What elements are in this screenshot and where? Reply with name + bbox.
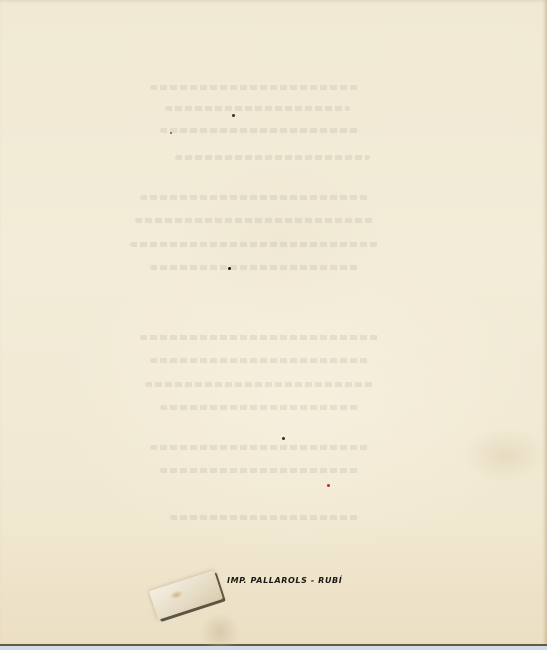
- bleed-through-line: [160, 468, 360, 473]
- bleed-through-line: [160, 128, 360, 133]
- bleed-through-line: [130, 242, 380, 247]
- paper-card: IMP. PALLAROLS - RUBÍ: [0, 0, 547, 646]
- paper-stain: [200, 612, 240, 646]
- ink-speck: [282, 437, 285, 440]
- bleed-through-line: [135, 218, 375, 223]
- ink-speck: [170, 132, 172, 134]
- bleed-through-line: [150, 85, 360, 90]
- red-speck: [327, 484, 330, 487]
- bleed-through-line: [160, 405, 360, 410]
- bleed-through-line: [170, 515, 360, 520]
- ink-speck: [228, 267, 231, 270]
- bleed-through-line: [140, 335, 380, 340]
- bleed-through-line: [150, 358, 370, 363]
- bleed-through-line: [150, 265, 360, 270]
- ink-speck: [232, 114, 235, 117]
- bleed-through-line: [175, 155, 370, 160]
- bleed-through-line: [140, 195, 370, 200]
- printer-imprint: IMP. PALLAROLS - RUBÍ: [227, 576, 342, 585]
- bleed-through-line: [165, 106, 350, 111]
- bleed-through-line: [145, 382, 375, 387]
- bleed-through-line: [150, 445, 370, 450]
